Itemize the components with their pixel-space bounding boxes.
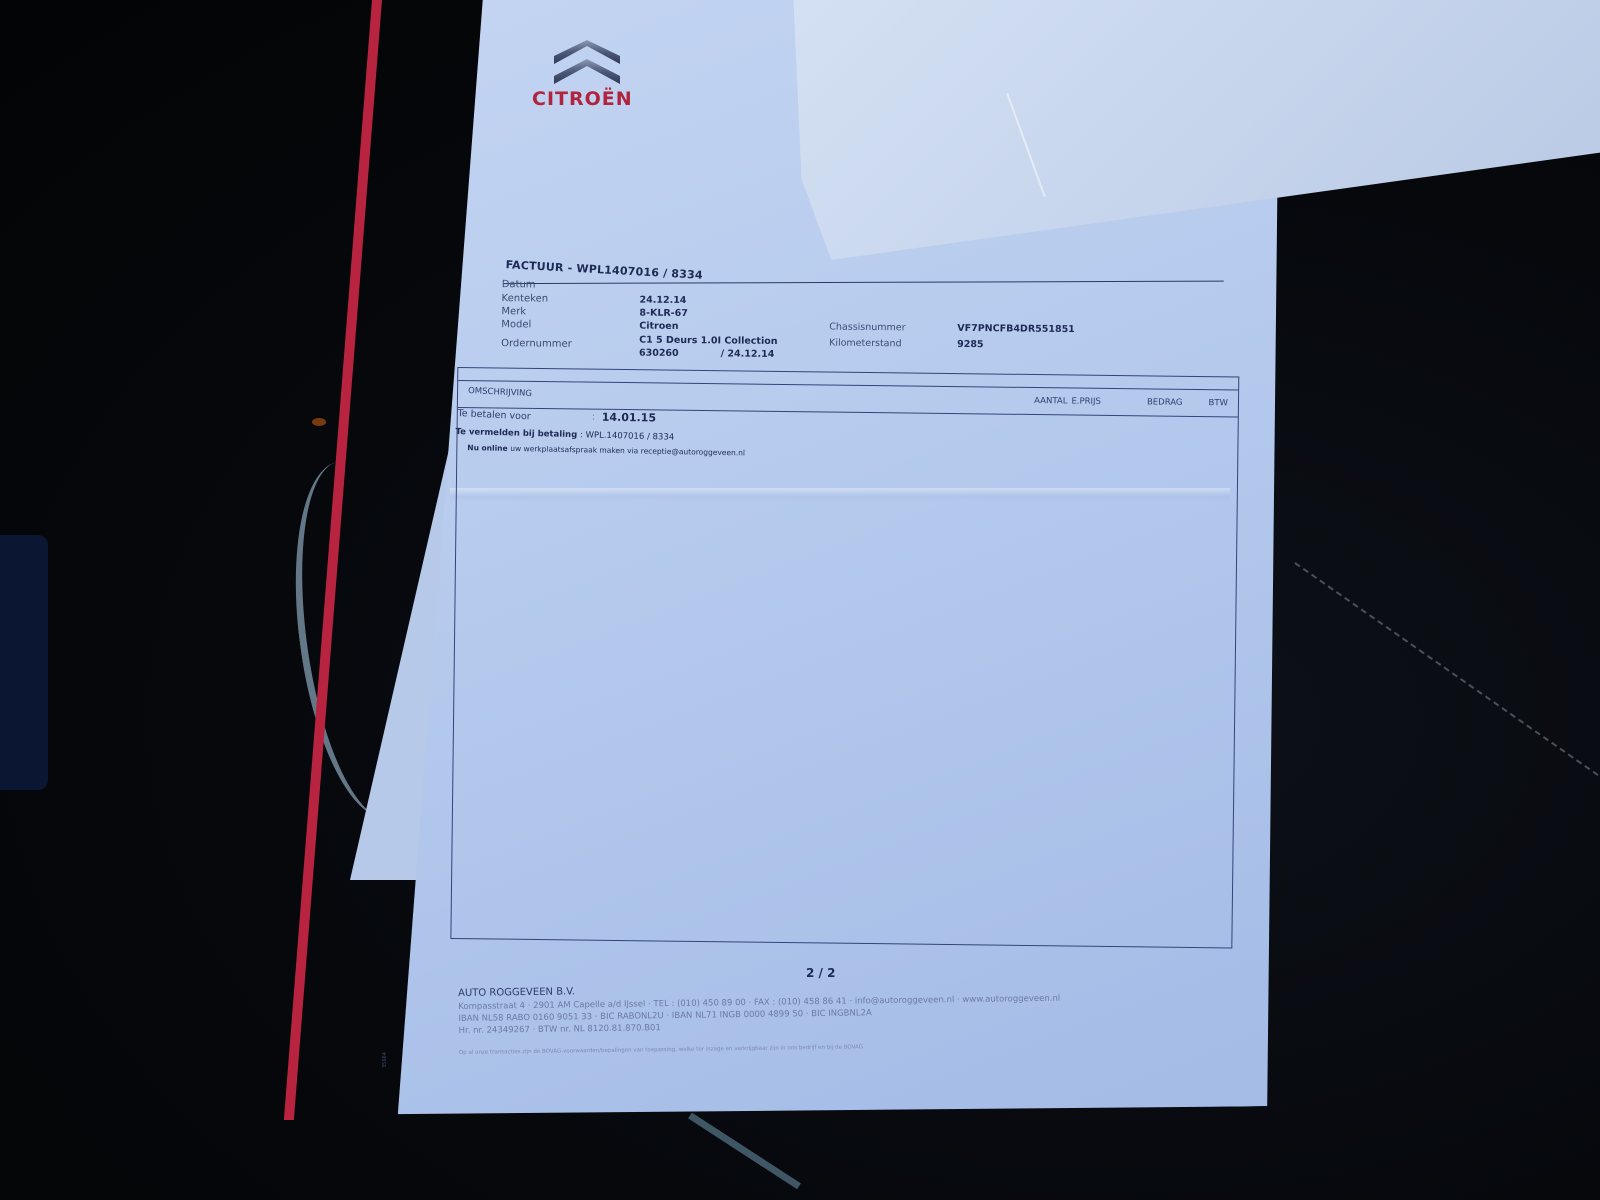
citroen-logo: CITROËN xyxy=(532,40,642,120)
cable-connector xyxy=(312,418,326,426)
header-eprijs: E.PRIJS xyxy=(1071,396,1101,406)
label-merk: Merk xyxy=(501,305,572,319)
payment-reference-row: Te vermelden bij betaling : WPL.1407016 … xyxy=(455,427,674,443)
payment-due-date: 14.01.15 xyxy=(602,411,656,425)
header-right-columns: AANTAL E.PRIJS BEDRAG BTW xyxy=(1034,396,1228,408)
label-model: Model xyxy=(501,318,572,332)
brand-name: CITROËN xyxy=(532,88,633,110)
table-header: OMSCHRIJVING AANTAL E.PRIJS BEDRAG BTW xyxy=(458,380,1238,418)
online-text: uw werkplaatsafspraak maken via receptie… xyxy=(510,444,745,458)
label-ordernummer: Ordernummer xyxy=(501,337,572,351)
payment-due-separator: : xyxy=(592,412,595,423)
header-bedrag: BEDRAG xyxy=(1147,397,1183,407)
page-number: 2 / 2 xyxy=(806,966,835,980)
value-merk: Citroen xyxy=(639,320,778,334)
form-code: 35664 xyxy=(382,1052,388,1068)
line-items-table: OMSCHRIJVING AANTAL E.PRIJS BEDRAG BTW T… xyxy=(450,367,1239,949)
label-chassisnummer: Chassisnummer xyxy=(829,320,905,337)
payment-reference-value: : WPL.1407016 / 8334 xyxy=(580,430,675,442)
order-number: 630260 xyxy=(639,348,679,359)
cable-bottom xyxy=(688,1113,801,1190)
online-bold: Nu online xyxy=(467,443,507,453)
vehicle-labels: Chassisnummer Kilometerstand xyxy=(829,320,906,353)
value-chassisnummer: VF7PNCFB4DR551851 xyxy=(957,321,1075,338)
vehicle-values: VF7PNCFB4DR551851 9285 xyxy=(957,321,1075,354)
header-btw: BTW xyxy=(1208,398,1228,408)
blue-object-background xyxy=(0,535,48,790)
label-kenteken: Kenteken xyxy=(502,292,573,306)
value-ordernummer: 630260/ 24.12.14 xyxy=(639,347,778,361)
header-aantal: AANTAL xyxy=(1034,396,1067,406)
field-values: 24.12.14 8-KLR-67 Citroen C1 5 Deurs 1.0… xyxy=(639,294,778,361)
company-footer: AUTO ROGGEVEEN B.V. Kompasstraat 4 · 290… xyxy=(458,980,1061,1059)
field-labels: Datum Kenteken Merk Model Ordernummer xyxy=(501,278,572,351)
label-kilometerstand: Kilometerstand xyxy=(829,336,905,353)
seat-stitching xyxy=(1294,562,1600,782)
order-date: / 24.12.14 xyxy=(721,348,775,360)
header-omschrijving: OMSCHRIJVING xyxy=(468,386,532,399)
double-chevron-icon xyxy=(552,40,622,90)
online-appointment-note: Nu online uw werkplaatsafspraak maken vi… xyxy=(467,443,745,457)
value-kilometerstand: 9285 xyxy=(957,337,1075,354)
payment-due-label: Te betalen voor xyxy=(457,408,597,426)
payment-reference-label: Te vermelden bij betaling xyxy=(455,427,577,440)
label-datum: Datum xyxy=(502,278,573,292)
